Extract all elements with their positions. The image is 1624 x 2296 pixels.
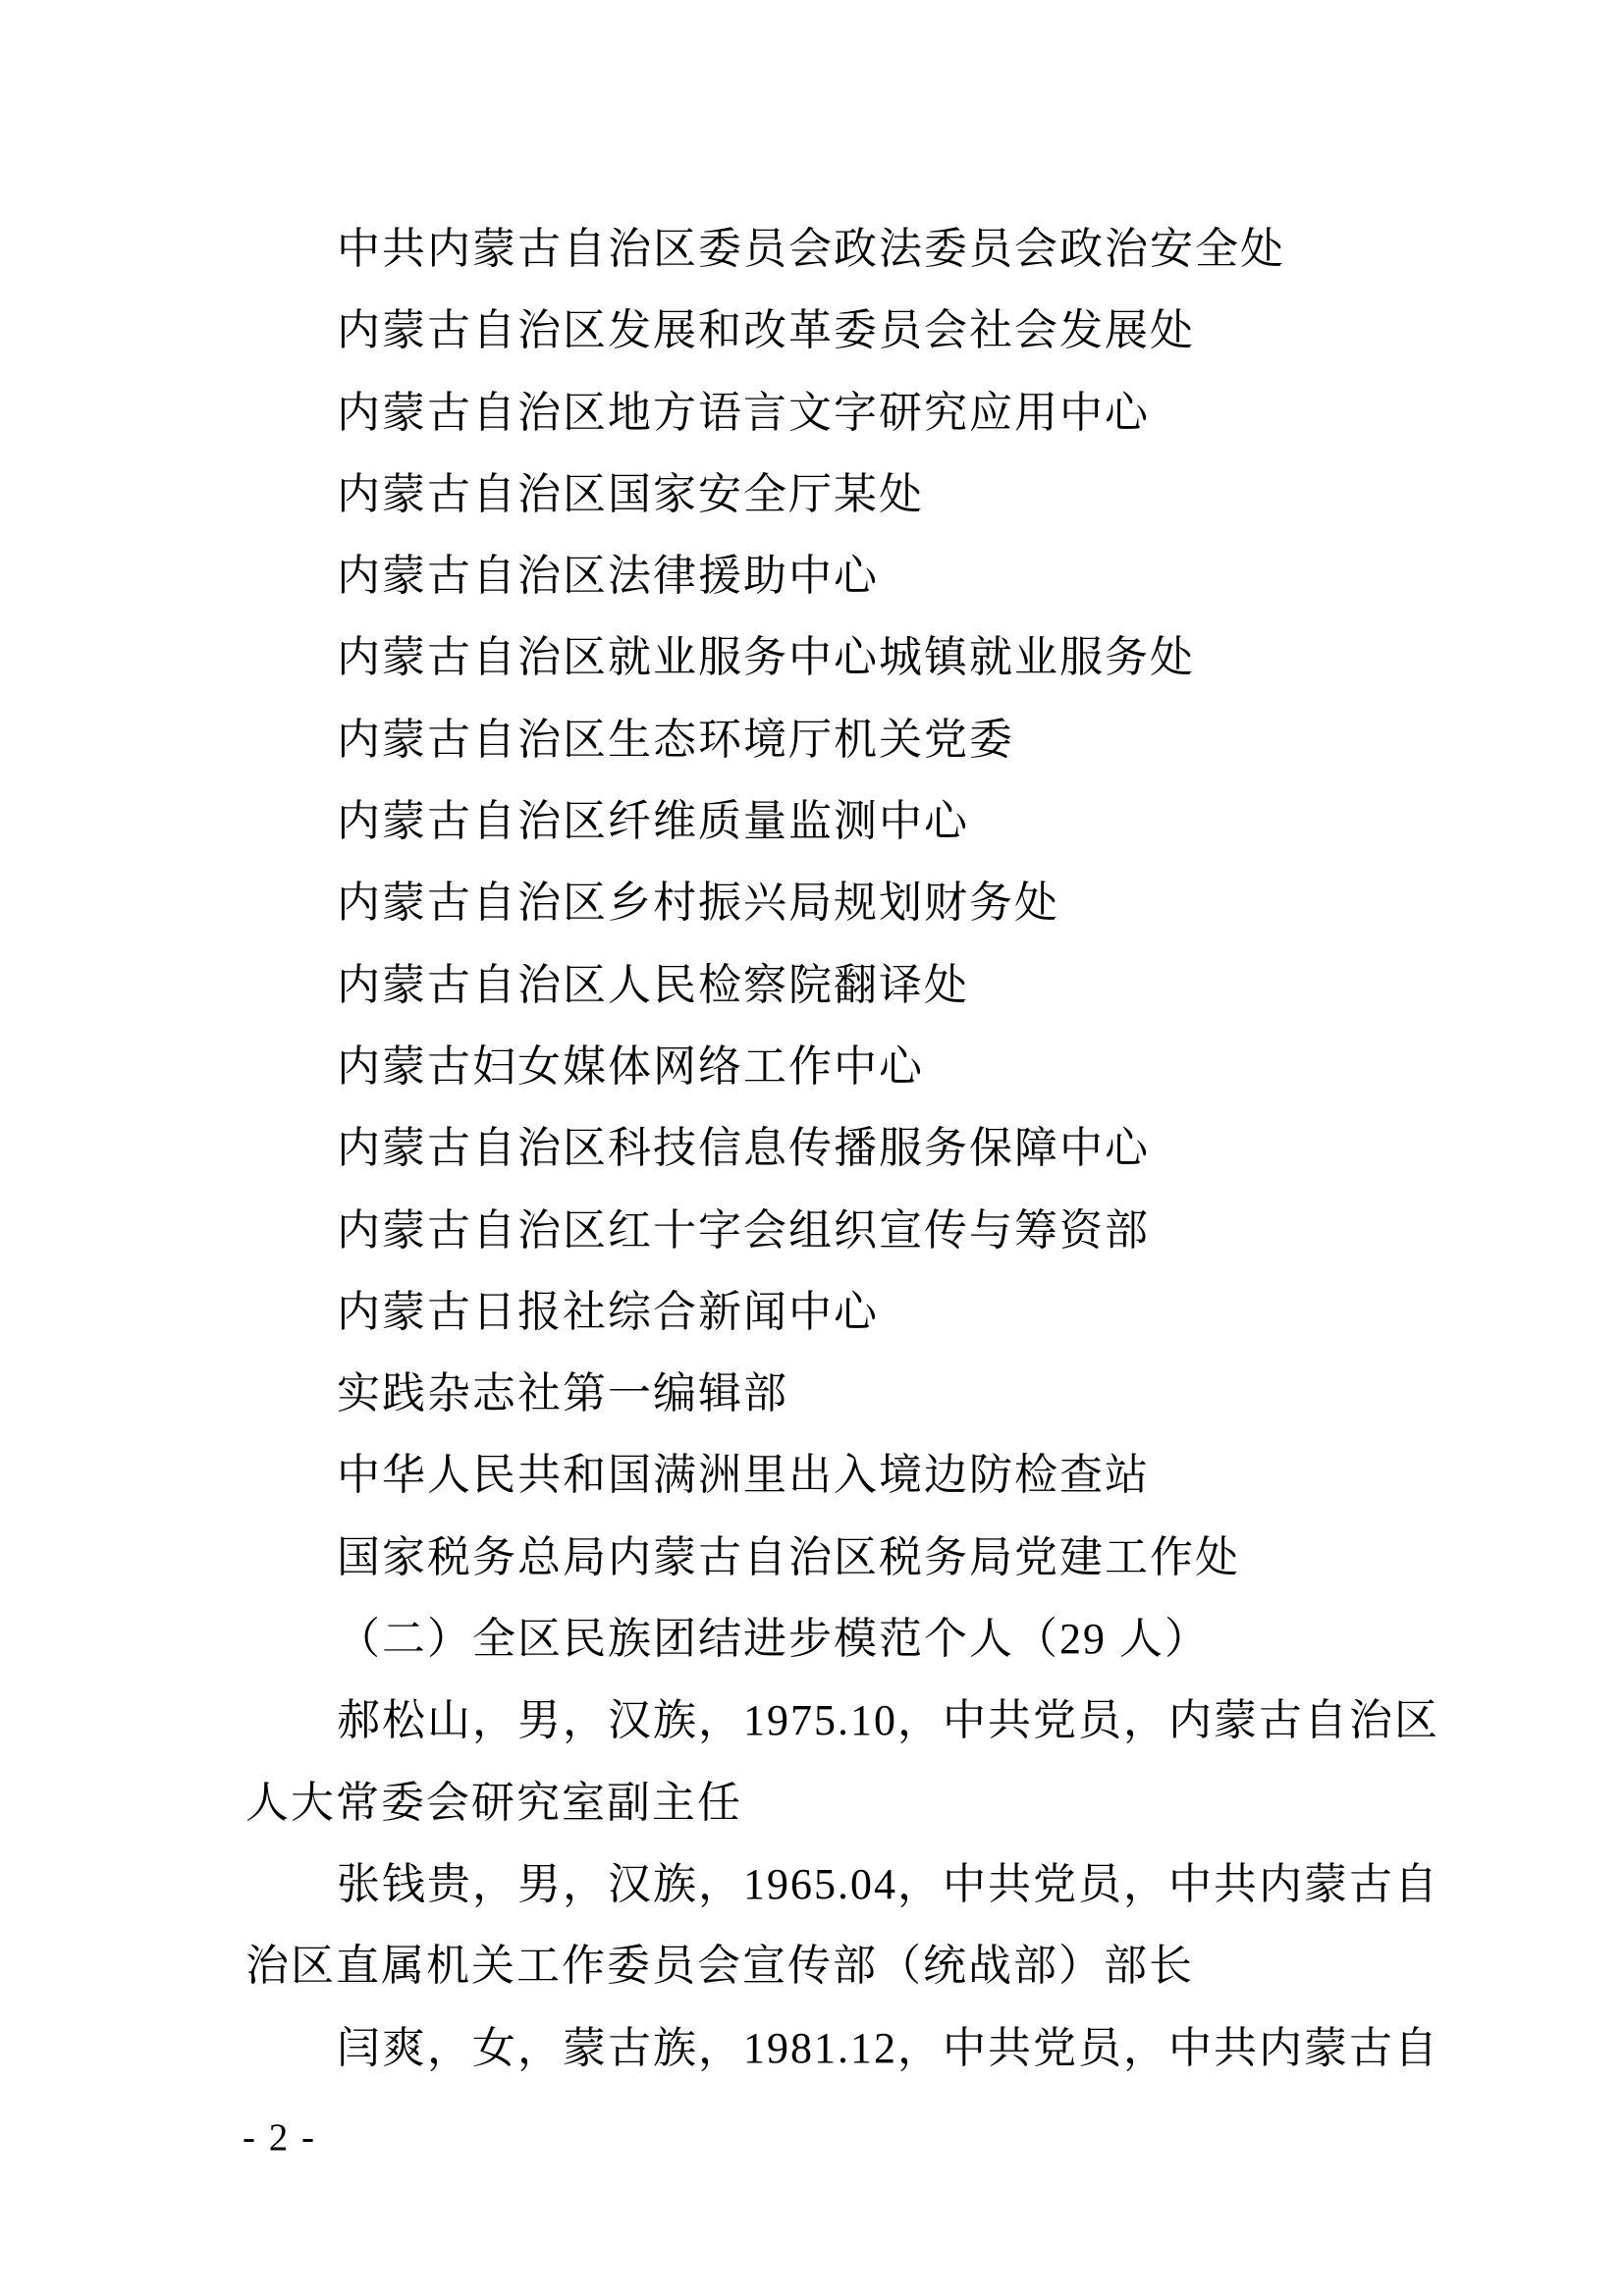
org-list-item: 内蒙古自治区人民检察院翻译处 xyxy=(245,944,1389,1026)
org-list-item: 内蒙古自治区乡村振兴局规划财务处 xyxy=(245,862,1389,943)
document-page: 中共内蒙古自治区委员会政法委员会政治安全处 内蒙古自治区发展和改革委员会社会发展… xyxy=(0,0,1624,2296)
org-list-item: 内蒙古日报社综合新闻中心 xyxy=(245,1271,1389,1353)
person-entry-line: 张钱贵，男，汉族，1965.04，中共党员，中共内蒙古自 xyxy=(245,1843,1389,1925)
person-entry-continuation: 人大常委会研究室副主任 xyxy=(245,1762,1389,1843)
org-list-item: 内蒙古自治区法律援助中心 xyxy=(245,535,1389,616)
org-list-item: 国家税务总局内蒙古自治区税务局党建工作处 xyxy=(245,1517,1389,1598)
org-list-item: 内蒙古自治区生态环境厅机关党委 xyxy=(245,699,1389,780)
org-list-item: 实践杂志社第一编辑部 xyxy=(245,1353,1389,1434)
person-entry-line: 郝松山，男，汉族，1975.10，中共党员，内蒙古自治区 xyxy=(245,1680,1389,1761)
org-list-item: 内蒙古自治区红十字会组织宣传与筹资部 xyxy=(245,1190,1389,1271)
org-list-item: 内蒙古自治区地方语言文字研究应用中心 xyxy=(245,372,1389,454)
document-body: 中共内蒙古自治区委员会政法委员会政治安全处 内蒙古自治区发展和改革委员会社会发展… xyxy=(245,208,1389,2089)
org-list-item: 内蒙古自治区发展和改革委员会社会发展处 xyxy=(245,290,1389,371)
org-list-item: 中华人民共和国满洲里出入境边防检查站 xyxy=(245,1434,1389,1516)
org-list-item: 内蒙古自治区就业服务中心城镇就业服务处 xyxy=(245,616,1389,698)
org-list-item: 内蒙古自治区科技信息传播服务保障中心 xyxy=(245,1107,1389,1189)
person-entry-continuation: 治区直属机关工作委员会宣传部（统战部）部长 xyxy=(245,1925,1389,2006)
org-list-item: 内蒙古自治区国家安全厅某处 xyxy=(245,454,1389,535)
page-number: - 2 - xyxy=(243,2118,316,2158)
org-list-item: 内蒙古妇女媒体网络工作中心 xyxy=(245,1026,1389,1107)
org-list-item: 中共内蒙古自治区委员会政法委员会政治安全处 xyxy=(245,208,1389,290)
section-heading: （二）全区民族团结进步模范个人（29 人） xyxy=(245,1598,1389,1680)
person-entry-line: 闫爽，女，蒙古族，1981.12，中共党员，中共内蒙古自 xyxy=(245,2007,1389,2089)
org-list-item: 内蒙古自治区纤维质量监测中心 xyxy=(245,780,1389,862)
